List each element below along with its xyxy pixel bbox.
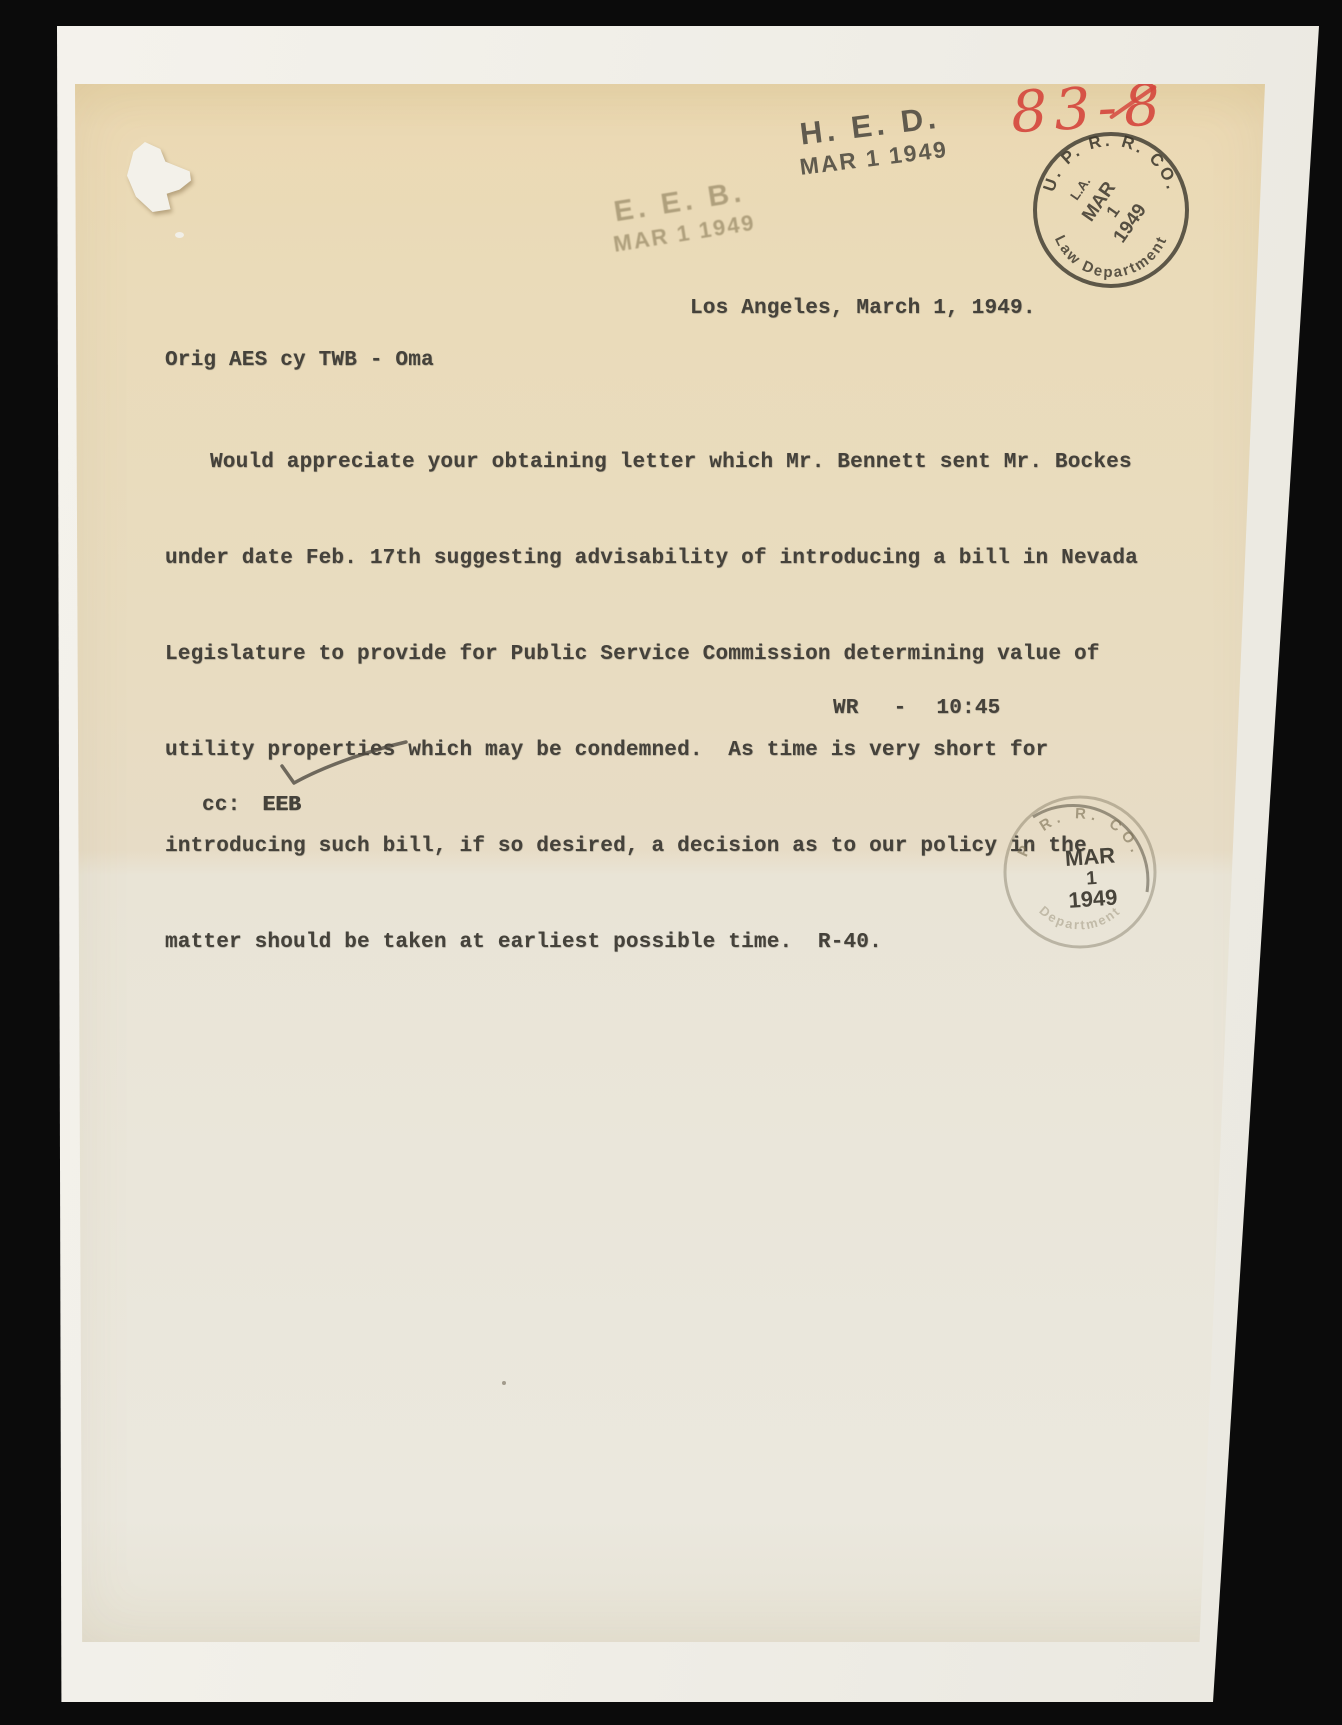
dateline: Los Angeles, March 1, 1949. xyxy=(690,296,1036,321)
check-mark xyxy=(268,736,413,801)
paper-hole xyxy=(127,142,191,212)
body-line: Would appreciate your obtaining letter w… xyxy=(165,438,1185,488)
stamp-center-month: MAR xyxy=(1064,843,1116,871)
railroad-round-stamp: P. R. R. CO. MAR 1 1949 Department xyxy=(995,787,1165,962)
signoff-line: WR - 10:45 xyxy=(833,696,1000,721)
paper-speck xyxy=(502,1381,506,1385)
law-department-round-stamp: U. P. R. R. CO. Law Department L.A. MAR … xyxy=(1026,125,1196,300)
cc-label: cc: xyxy=(202,793,240,818)
body-line: Legislature to provide for Public Servic… xyxy=(165,630,1185,680)
cc-line: cc: EEB xyxy=(202,793,301,818)
routing-line: Orig AES cy TWB - Oma xyxy=(165,348,434,373)
scanned-memo-photo: { "document": { "red_annotation": "83-8"… xyxy=(0,0,1342,1725)
body-line: under date Feb. 17th suggesting advisabi… xyxy=(165,534,1185,584)
memo-sheet: 83-8 H. E. D. MAR 1 1949 E. E. B. MAR 1 … xyxy=(75,84,1265,1642)
paper-speck xyxy=(175,232,184,238)
stamp-center-year: 1949 xyxy=(1110,200,1151,247)
signoff-dash: - xyxy=(894,696,907,721)
eeb-date-stamp: E. E. B. MAR 1 1949 xyxy=(606,175,757,258)
cc-value: EEB xyxy=(262,793,300,818)
signoff-time: 10:45 xyxy=(936,696,1000,721)
signoff-initials: WR xyxy=(833,696,859,721)
hed-date-stamp: H. E. D. MAR 1 1949 xyxy=(794,99,950,181)
